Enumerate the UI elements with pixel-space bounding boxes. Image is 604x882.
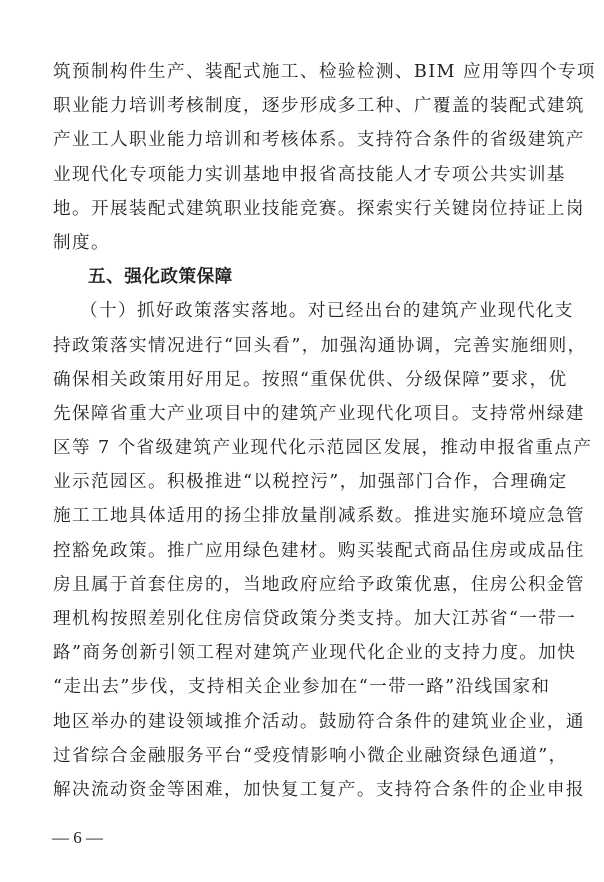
section-heading: 五、强化政策保障: [53, 260, 549, 294]
text-line: 产业工人职业能力培训和考核体系。支持符合条件的省级建筑产: [53, 123, 549, 157]
text-line: 先保障省重大产业项目中的建筑产业现代化项目。支持常州绿建: [53, 397, 549, 431]
text-line: 制度。: [53, 226, 549, 260]
text-line: 房且属于首套住房的，当地政府应给予政策优惠，住房公积金管: [53, 568, 549, 602]
text-line: 区等 7 个省级建筑产业现代化示范园区发展，推动申报省重点产: [53, 431, 549, 465]
text-line: 业示范园区。积极推进“以税控污”，加强部门合作，合理确定: [53, 465, 549, 499]
text-line: 路”商务创新引领工程对建筑产业现代化企业的支持力度。加快: [53, 636, 549, 670]
text-line: 理机构按照差别化住房信贷政策分类支持。加大江苏省“一带一: [53, 602, 549, 636]
text-line: 筑预制构件生产、装配式施工、检验检测、BIM 应用等四个专项: [53, 55, 549, 89]
text-line: 过省综合金融服务平台“受疫情影响小微企业融资绿色通道”，: [53, 739, 549, 773]
text-line: 职业能力培训考核制度，逐步形成多工种、广覆盖的装配式建筑: [53, 89, 549, 123]
text-line: （十）抓好政策落实落地。对已经出台的建筑产业现代化支: [53, 294, 549, 328]
text-line: 地。开展装配式建筑职业技能竞赛。探索实行关键岗位持证上岗: [53, 192, 549, 226]
text-line: 控豁免政策。推广应用绿色建材。购买装配式商品住房或成品住: [53, 534, 549, 568]
text-line: 确保相关政策用好用足。按照“重保优供、分级保障”要求，优: [53, 363, 549, 397]
text-line: “走出去”步伐，支持相关企业参加在“一带一路”沿线国家和: [53, 670, 549, 704]
text-line: 解决流动资金等困难，加快复工复产。支持符合条件的企业申报: [53, 773, 549, 807]
text-line: 持政策落实情况进行“回头看”，加强沟通协调，完善实施细则，: [53, 329, 549, 363]
text-line: 地区举办的建设领域推介活动。鼓励符合条件的建筑业企业，通: [53, 705, 549, 739]
text-line: 业现代化专项能力实训基地申报省高技能人才专项公共实训基: [53, 158, 549, 192]
text-line: 施工工地具体适用的扬尘排放量削减系数。推进实施环境应急管: [53, 499, 549, 533]
document-page: 筑预制构件生产、装配式施工、检验检测、BIM 应用等四个专项 职业能力培训考核制…: [0, 0, 604, 882]
page-number: — 6 —: [52, 828, 103, 848]
body-text: 筑预制构件生产、装配式施工、检验检测、BIM 应用等四个专项 职业能力培训考核制…: [53, 55, 549, 807]
